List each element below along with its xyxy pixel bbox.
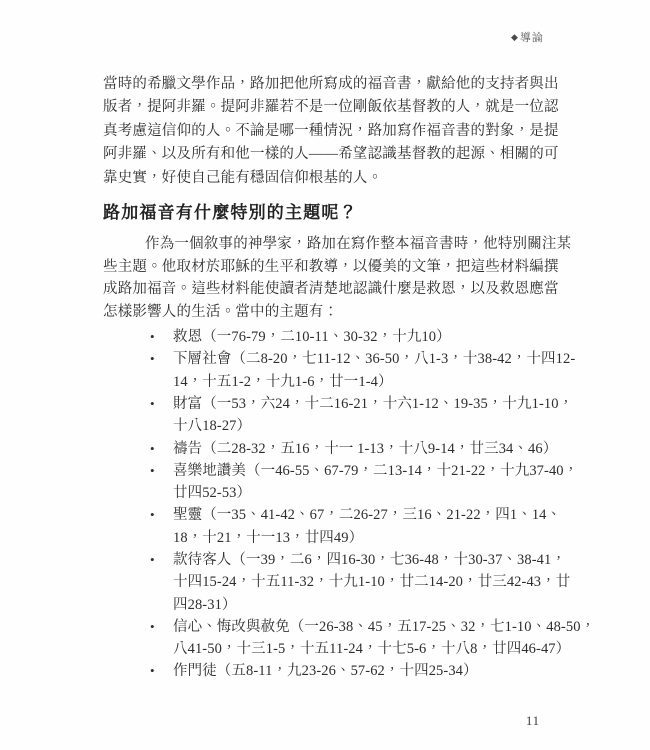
topic-line: 款待客人（一39，二6，四16-30，七36-48，十30-37、38-41， xyxy=(173,549,555,571)
topic-item-joyful-praise: • 喜樂地讚美（一46-55、67-79，二13-14，十21-22，十九37-… xyxy=(173,460,555,505)
book-page: ◆ 導論 當時的希臘文學作品，路加把他所寫成的福音書，獻給他的支持者與出 版者，… xyxy=(0,0,650,750)
bullet-icon: • xyxy=(150,438,155,460)
page-number: 11 xyxy=(526,714,540,729)
running-head-label: 導論 xyxy=(520,29,544,45)
topic-line: 八41-50，十三1-5，十五11-24，十七5-6，十八8，廿四46-47） xyxy=(173,638,555,660)
bullet-icon: • xyxy=(150,348,155,370)
section-heading: 路加福音有什麼特別的主題呢？ xyxy=(103,201,555,225)
paragraph-line: 些主題。他取材於耶穌的生平和教導，以優美的文筆，把這些材料編撰 xyxy=(103,256,555,279)
diamond-icon: ◆ xyxy=(511,32,519,43)
intro-paragraph: 當時的希臘文學作品，路加把他所寫成的福音書，獻給他的支持者與出 版者，提阿非羅。… xyxy=(103,73,555,190)
paragraph-line: 怎樣影響人的生活。當中的主題有： xyxy=(103,301,555,324)
bullet-icon: • xyxy=(150,504,155,526)
topic-item-salvation: • 救恩（一76-79，二10-11、30-32，十九10） xyxy=(173,326,555,348)
bullet-icon: • xyxy=(150,660,155,682)
topic-line: 廿四52-53） xyxy=(173,482,555,504)
running-head: ◆ 導論 xyxy=(511,29,544,45)
topic-item-wealth: • 財富（一53，六24，十二16-21，十六1-12、19-35，十九1-10… xyxy=(173,393,555,438)
topic-line: 禱告（二28-32，五16，十一 1-13，十八9-14，廿三34、46） xyxy=(173,438,555,460)
paragraph-line: 當時的希臘文學作品，路加把他所寫成的福音書，獻給他的支持者與出 xyxy=(103,73,555,96)
topic-item-lower-class: • 下層社會（二8-20，七11-12、36-50，八1-3，十38-42，十四… xyxy=(173,348,555,393)
topic-line: 十四15-24，十五11-32，十九1-10，廿二14-20，廿三42-43，廿 xyxy=(173,571,555,593)
topic-line: 14，十五1-2，十九1-6，廿一1-4） xyxy=(173,371,555,393)
bullet-icon: • xyxy=(150,549,155,571)
topic-line: 救恩（一76-79，二10-11、30-32，十九10） xyxy=(173,326,555,348)
topic-line: 聖靈（一35、41-42、67，二26-27，三16、21-22，四1、14、 xyxy=(173,504,555,526)
topic-line: 四28-31） xyxy=(173,594,555,616)
topic-line: 下層社會（二8-20，七11-12、36-50，八1-3，十38-42，十四12… xyxy=(173,348,555,370)
bullet-icon: • xyxy=(150,393,155,415)
paragraph-line: 版者，提阿非羅。提阿非羅若不是一位剛飯依基督教的人，就是一位認 xyxy=(103,96,555,119)
bullet-icon: • xyxy=(150,616,155,638)
topic-item-holy-spirit: • 聖靈（一35、41-42、67，二26-27，三16、21-22，四1、14… xyxy=(173,504,555,549)
page-content: 當時的希臘文學作品，路加把他所寫成的福音書，獻給他的支持者與出 版者，提阿非羅。… xyxy=(103,73,555,683)
paragraph-line: 靠史實，好使自己能有穩固信仰根基的人。 xyxy=(103,167,555,190)
topic-item-faith-repentance: • 信心、悔改與赦免（一26-38、45，五17-25、32，七1-10、48-… xyxy=(173,616,555,661)
topic-item-hospitality: • 款待客人（一39，二6，四16-30，七36-48，十30-37、38-41… xyxy=(173,549,555,616)
paragraph-line: 阿非羅、以及所有和他一樣的人——希望認識基督教的起源、相關的可 xyxy=(103,143,555,166)
paragraph-line: 成路加福音。這些材料能使讀者清楚地認識什麼是救恩，以及救恩應當 xyxy=(103,278,555,301)
topics-list: • 救恩（一76-79，二10-11、30-32，十九10） • 下層社會（二8… xyxy=(103,326,555,683)
topic-line: 18，十21，十一13，廿四49） xyxy=(173,527,555,549)
topic-item-prayer: • 禱告（二28-32，五16，十一 1-13，十八9-14，廿三34、46） xyxy=(173,438,555,460)
bullet-icon: • xyxy=(150,460,155,482)
topic-line: 十八18-27） xyxy=(173,415,555,437)
topic-line: 信心、悔改與赦免（一26-38、45，五17-25、32，七1-10、48-50… xyxy=(173,616,555,638)
paragraph-line: 作為一個敘事的神學家，路加在寫作整本福音書時，他特別關注某 xyxy=(103,233,555,256)
bullet-icon: • xyxy=(150,326,155,348)
body-paragraph: 作為一個敘事的神學家，路加在寫作整本福音書時，他特別關注某 些主題。他取材於耶穌… xyxy=(103,233,555,323)
topic-line: 財富（一53，六24，十二16-21，十六1-12、19-35，十九1-10， xyxy=(173,393,555,415)
topic-line: 喜樂地讚美（一46-55、67-79，二13-14，十21-22，十九37-40… xyxy=(173,460,555,482)
paragraph-line: 真考慮這信仰的人。不論是哪一種情況，路加寫作福音書的對象，是提 xyxy=(103,120,555,143)
topic-line: 作門徒（五8-11，九23-26、57-62，十四25-34） xyxy=(173,660,555,682)
topic-item-discipleship: • 作門徒（五8-11，九23-26、57-62，十四25-34） xyxy=(173,660,555,682)
